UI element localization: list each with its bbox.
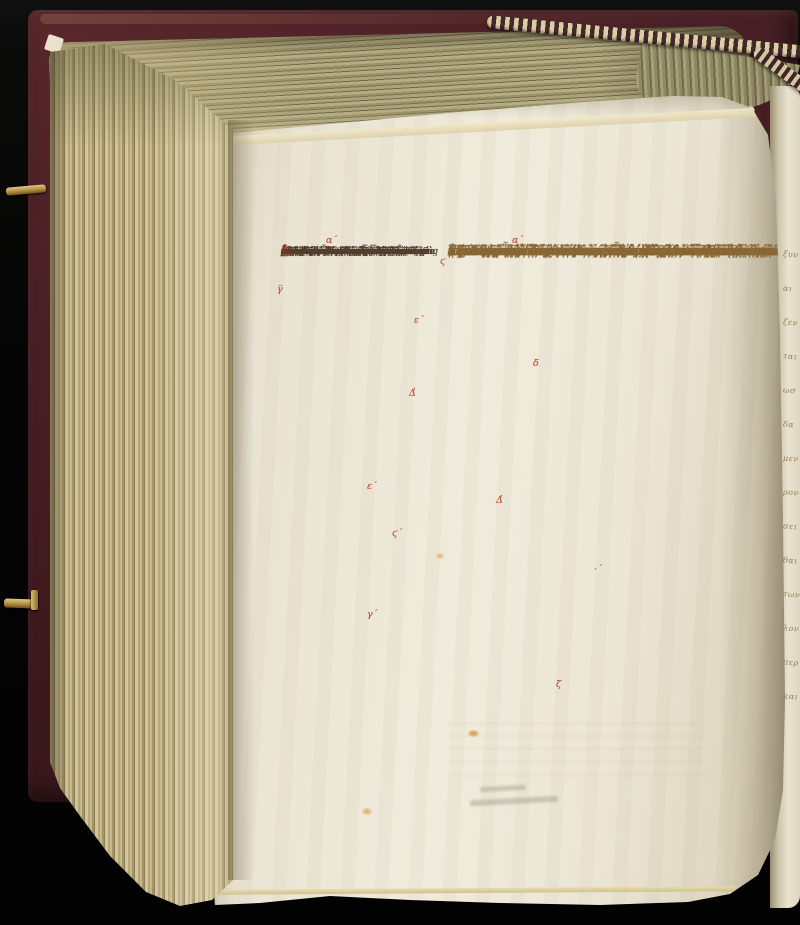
facing-page-fragment: των	[783, 589, 800, 599]
rubric-mark: γ̈	[277, 285, 283, 294]
ink-stain	[362, 808, 372, 815]
facing-page-fragment: ξυν	[783, 249, 799, 259]
facing-page-fragment: σει	[783, 522, 798, 532]
facing-page-fragment: ρον	[783, 487, 799, 497]
rubric-mark: ϛ΄	[392, 529, 402, 538]
facing-page-fragment: ται	[783, 352, 798, 362]
rubric-mark: ·΄	[594, 565, 602, 574]
facing-page-fragment: θαι	[783, 555, 798, 565]
facing-page-fragment: αι	[783, 284, 793, 294]
rubric-mark: Δ̓	[496, 496, 503, 505]
page-stack-fore-edge	[50, 44, 235, 906]
facing-page-fragment: λον	[783, 623, 800, 633]
rubric-mark: ε΄	[367, 482, 377, 491]
gutter-shadow-left	[228, 120, 254, 880]
manuscript-photograph: ξυναιζενταιωσδαμενρονσειθαιτωνλονπερκαι …	[0, 0, 800, 925]
rubric-mark: δ̈	[533, 359, 539, 368]
ink-stain	[468, 730, 479, 737]
facing-page-fragment: ωσ	[783, 386, 797, 396]
facing-page-fragment: περ	[783, 657, 799, 667]
rubric-mark: Δ̓	[409, 389, 416, 398]
facing-page-fragment: και	[783, 691, 799, 701]
clasp-pin-bottom-stem	[31, 590, 38, 610]
facing-page-fragment: ζεν	[783, 317, 799, 327]
rubric-mark: ζ̄	[556, 680, 561, 689]
facing-page-fragment: μεν	[783, 453, 799, 463]
ink-stain	[436, 553, 444, 559]
rubric-mark: α΄	[512, 236, 523, 245]
rubric-mark: ε΄	[414, 316, 424, 325]
rubric-mark: α΄	[326, 236, 337, 245]
manuscript-page: Βἦ τ᾽ ὀφθαλμοῖσι ἰδὼν ταῦτ᾽ ἄσομαξίδι ὡς…	[212, 92, 788, 908]
rubric-mark: γ΄	[367, 610, 377, 619]
rubric-mark: ϛ	[440, 257, 445, 266]
cover-edge-sheen	[40, 14, 740, 24]
facing-page-fragment: δα	[783, 420, 795, 430]
ink-showthrough	[448, 722, 708, 778]
